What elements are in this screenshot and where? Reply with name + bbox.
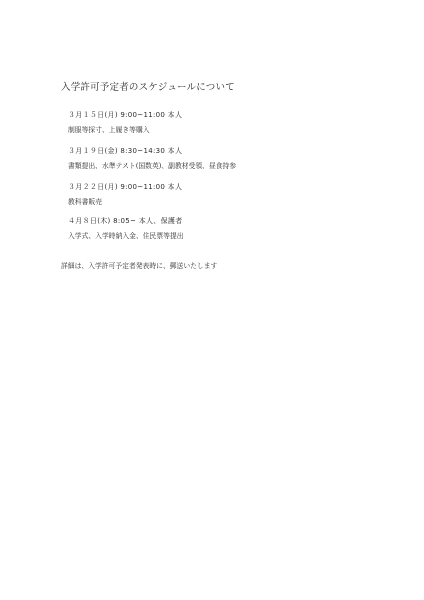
schedule-detail: 制服等採寸、上履き等購入	[68, 126, 182, 135]
schedule-date-line: ４月８日(木) 8:05~ 本人、保護者	[68, 217, 184, 226]
schedule-date-line: ３月１９日(金) 8:30~14:30 本人	[68, 147, 236, 156]
schedule-item: ３月１５日(月) 9:00~11:00 本人 制服等採寸、上履き等購入	[68, 111, 182, 135]
schedule-date-line: ３月１５日(月) 9:00~11:00 本人	[68, 111, 182, 120]
document-title: 入学許可予定者のスケジュールについて	[61, 79, 235, 93]
schedule-detail: 書類提出、水準テスト(国数英)、副教材受領、昼食持参	[68, 162, 236, 171]
footer-note: 詳細は、入学許可予定者発表時に、郵送いたします	[61, 262, 217, 271]
schedule-item: ３月１９日(金) 8:30~14:30 本人 書類提出、水準テスト(国数英)、副…	[68, 147, 236, 171]
schedule-detail: 教科書販売	[68, 198, 182, 207]
schedule-detail: 入学式、入学時納入金、住民票等提出	[68, 232, 184, 241]
schedule-date-line: ３月２２日(月) 9:00~11:00 本人	[68, 183, 182, 192]
document-page: 入学許可予定者のスケジュールについて ３月１５日(月) 9:00~11:00 本…	[0, 0, 424, 600]
schedule-item: ４月８日(木) 8:05~ 本人、保護者 入学式、入学時納入金、住民票等提出	[68, 217, 184, 241]
schedule-item: ３月２２日(月) 9:00~11:00 本人 教科書販売	[68, 183, 182, 207]
